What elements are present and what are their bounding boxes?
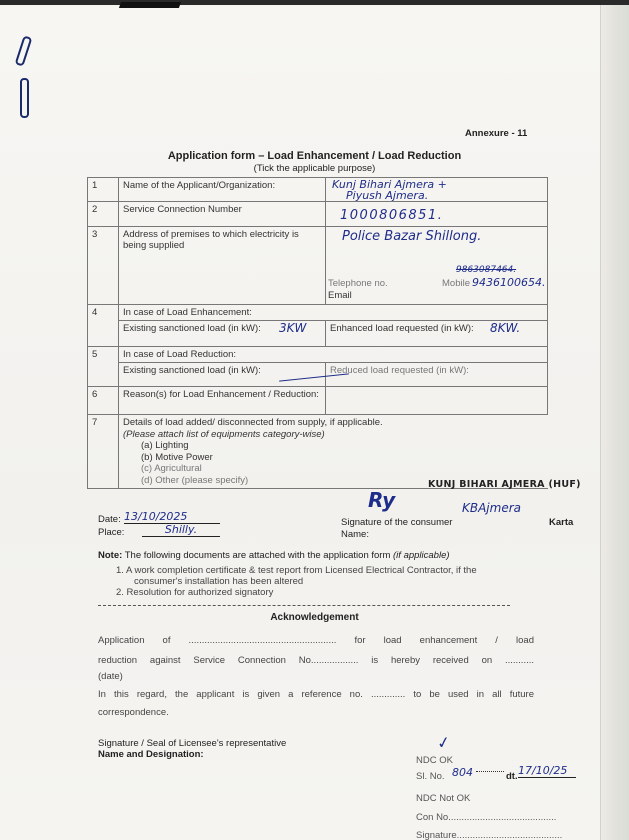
address-label: Address of premises to which electricity… xyxy=(119,227,326,305)
service-connection-label: Service Connection Number xyxy=(119,202,326,227)
row-number: 2 xyxy=(88,202,119,227)
enhanced-load-field[interactable]: Enhanced load requested (in kW): 8KW. xyxy=(326,321,548,347)
form-title: Application form – Load Enhancement / Lo… xyxy=(0,150,629,162)
row-number: 1 xyxy=(88,178,119,202)
applicant-name-field[interactable]: Kunj Bihari Ajmera + Piyush Ajmera. xyxy=(326,178,548,202)
signature-label: Signature of the consumer xyxy=(341,517,452,528)
karta-label: Karta xyxy=(549,517,573,528)
row-number: 4 xyxy=(88,305,119,347)
form-subtitle: (Tick the applicable purpose) xyxy=(0,163,629,174)
load-enhancement-heading: In case of Load Enhancement: xyxy=(119,305,548,321)
address-field[interactable]: Police Bazar Shillong. Telephone no. Mob… xyxy=(326,227,548,305)
mobile-struck-value: 9863087464. xyxy=(456,265,516,275)
place-value[interactable]: Shilly. xyxy=(142,523,220,537)
date-label: Date: xyxy=(98,514,121,525)
annexure-label: Annexure - 11 xyxy=(465,128,527,139)
page-edge xyxy=(600,0,629,840)
mobile-label: Mobile xyxy=(442,278,470,289)
stamp-dots xyxy=(476,771,504,772)
consumer-signature-scrawl: Ry xyxy=(368,488,395,512)
form-row-3: 3 Address of premises to which electrici… xyxy=(88,227,548,305)
load-reduction-heading: In case of Load Reduction: xyxy=(119,347,548,363)
licensee-signature-label: Signature / Seal of Licensee's represent… xyxy=(98,738,286,749)
category-agricultural: (c) Agricultural xyxy=(123,463,544,475)
form-row-5: 5 In case of Load Reduction: xyxy=(88,347,548,363)
section-divider xyxy=(98,605,510,606)
category-motive-power: (b) Motive Power xyxy=(123,452,544,464)
note-item-2: 2. Resolution for authorized signatory xyxy=(116,587,273,598)
name-label: Name: xyxy=(341,529,369,540)
stamp-dt-label: dt. xyxy=(506,771,518,782)
row-number: 3 xyxy=(88,227,119,305)
ack-line-2: reduction against Service Connection No.… xyxy=(98,655,534,666)
email-label: Email xyxy=(328,290,352,301)
stamp-sl-no: Sl. No. xyxy=(416,771,445,782)
ack-line-3: (date) xyxy=(98,671,534,682)
stamp-signature: Signature...............................… xyxy=(416,830,562,840)
telephone-label: Telephone no. xyxy=(328,278,388,289)
stamp-dt-value: 17/10/25 xyxy=(518,764,576,778)
date-value[interactable]: 13/10/2025 xyxy=(124,510,220,524)
note-text: Note: The following documents are attach… xyxy=(98,550,450,561)
mobile-value: 9436100654. xyxy=(472,276,545,289)
reason-label: Reason(s) for Load Enhancement / Reducti… xyxy=(119,387,326,415)
ack-line-4: In this regard, the applicant is given a… xyxy=(98,689,534,700)
form-row-4: 4 In case of Load Enhancement: xyxy=(88,305,548,321)
form-row-2: 2 Service Connection Number 1000806851. xyxy=(88,202,548,227)
stamp-ndc-ok: NDC OK xyxy=(416,755,453,766)
row-number: 6 xyxy=(88,387,119,415)
existing-load-field[interactable]: Existing sanctioned load (in kW): 3KW xyxy=(119,321,326,347)
consumer-signature-hand: KBAjmera xyxy=(462,501,521,515)
note-item-1: 1. A work completion certificate & test … xyxy=(116,565,477,576)
paper-clip-mark-icon xyxy=(20,78,29,118)
load-reduction-values: Existing sanctioned load (in kW): Reduce… xyxy=(88,363,548,387)
stamp-ndc-not-ok: NDC Not OK xyxy=(416,793,470,804)
form-row-7: 7 Details of load added/ disconnected fr… xyxy=(88,415,548,489)
acknowledgement-heading: Acknowledgement xyxy=(0,612,629,623)
reduced-load-field[interactable]: Reduced load requested (in kW): xyxy=(326,363,548,387)
application-form-table: 1 Name of the Applicant/Organization: Ku… xyxy=(87,177,548,489)
applicant-name-label: Name of the Applicant/Organization: xyxy=(119,178,326,202)
form-row-6: 6 Reason(s) for Load Enhancement / Reduc… xyxy=(88,387,548,415)
load-details-field: Details of load added/ disconnected from… xyxy=(119,415,548,489)
ack-line-5: correspondence. xyxy=(98,707,534,718)
note-item-1-cont: consumer's installation has been altered xyxy=(134,576,303,587)
place-label: Place: xyxy=(98,527,124,538)
scan-artifact xyxy=(119,2,181,8)
row-number: 7 xyxy=(88,415,119,489)
name-designation-label: Name and Designation: xyxy=(98,749,204,760)
category-lighting: (a) Lighting xyxy=(123,440,544,452)
form-row-1: 1 Name of the Applicant/Organization: Ku… xyxy=(88,178,548,202)
row-number: 5 xyxy=(88,347,119,387)
stamp-sl-no-value: 804 xyxy=(452,766,473,779)
ack-line-1: Application of .........................… xyxy=(98,635,534,646)
existing-load-reduction-field[interactable]: Existing sanctioned load (in kW): xyxy=(119,363,326,387)
stamp-con-no: Con No..................................… xyxy=(416,812,556,823)
service-connection-field[interactable]: 1000806851. xyxy=(326,202,548,227)
reason-field[interactable] xyxy=(326,387,548,415)
scan-top-edge xyxy=(0,0,629,5)
consumer-org-stamp: KUNJ BIHARI AJMERA (HUF) xyxy=(428,479,581,490)
load-enhancement-values: Existing sanctioned load (in kW): 3KW En… xyxy=(88,321,548,347)
